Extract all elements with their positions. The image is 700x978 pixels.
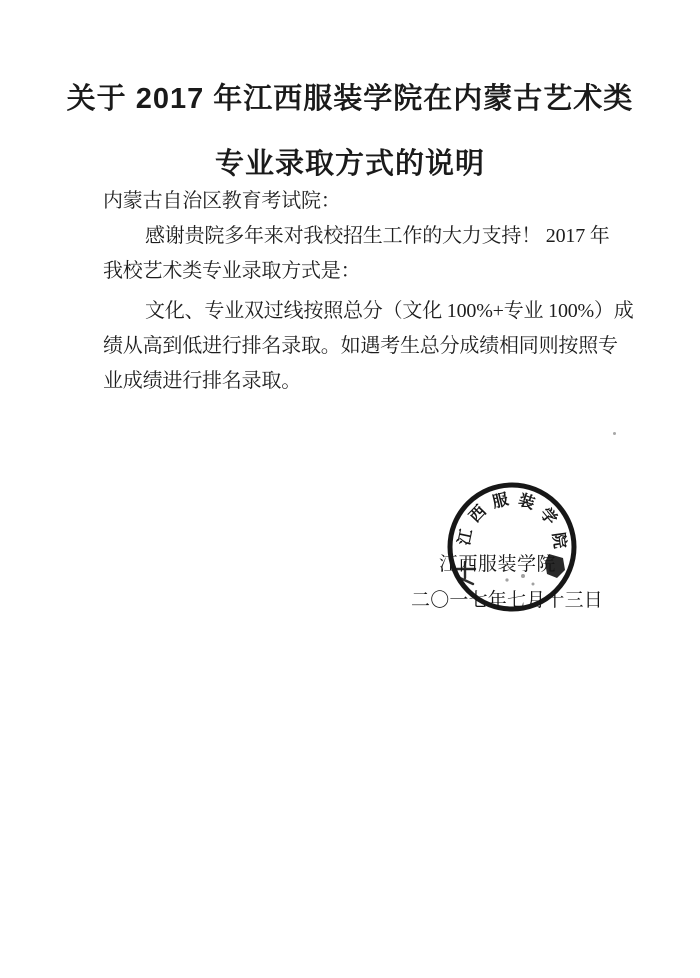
- seal-ring-char: 服: [490, 489, 511, 512]
- scanned-document-page: 关于 2017 年江西服装学院在内蒙古艺术类 专业录取方式的说明 内蒙古自治区教…: [0, 0, 700, 978]
- scan-artifact-speck: [613, 432, 616, 435]
- body-line-1: 感谢贵院多年来对我校招生工作的大力支持！ 2017 年: [103, 219, 634, 254]
- document-body: 内蒙古自治区教育考试院： 感谢贵院多年来对我校招生工作的大力支持！ 2017 年…: [103, 184, 634, 399]
- seal-ring-char: 江: [455, 526, 476, 547]
- seal-ring-char: 装: [516, 491, 537, 513]
- seal-ring-char: 西: [466, 502, 490, 526]
- title-line-2: 专业录取方式的说明: [0, 147, 700, 181]
- document-title: 关于 2017 年江西服装学院在内蒙古艺术类 专业录取方式的说明: [0, 82, 700, 181]
- body-line-3: 文化、专业双过线按照总分（文化 100%+专业 100%）成: [103, 294, 634, 329]
- document-date: 二〇一七年七月十三日: [411, 585, 603, 612]
- title-line-1: 关于 2017 年江西服装学院在内蒙古艺术类: [0, 82, 700, 116]
- body-line-2: 我校艺术类专业录取方式是：: [103, 254, 634, 289]
- body-line-4: 绩从高到低进行排名录取。如遇考生总分成绩相同则按照专: [103, 329, 634, 364]
- signature-organization: 江西服装学院: [439, 549, 556, 576]
- seal-ring-char: 院: [549, 531, 570, 550]
- salutation-line: 内蒙古自治区教育考试院：: [103, 184, 634, 219]
- body-line-5: 业成绩进行排名录取。: [103, 364, 634, 399]
